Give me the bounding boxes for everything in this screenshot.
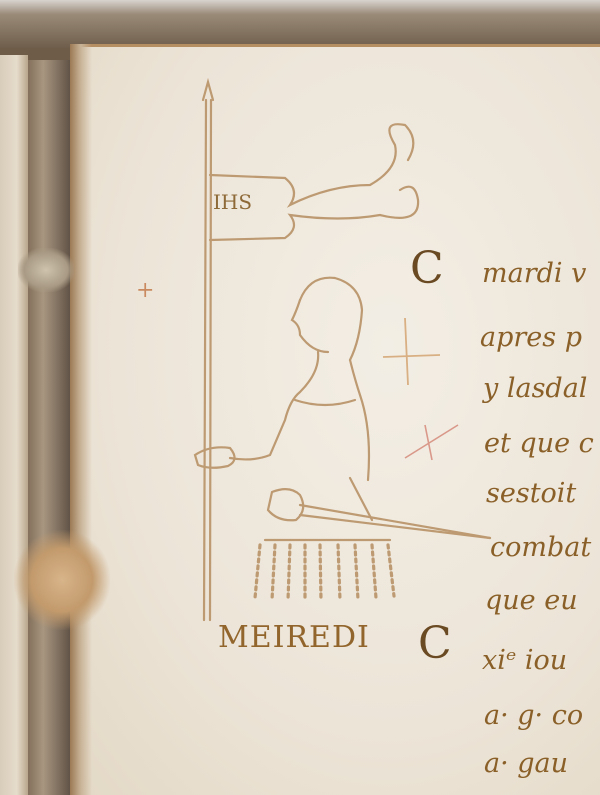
banner-text: IHS (213, 190, 252, 214)
text-line: a· g· co (484, 700, 583, 731)
text-line: que eu (485, 585, 578, 616)
initial-c-1: C (410, 243, 444, 294)
text-line: sestoit (486, 478, 576, 509)
text-line: et que c (484, 428, 594, 459)
text-line: xiᵉ iou (482, 645, 567, 676)
figure-caption: MEIREDI (218, 620, 370, 655)
text-line: a· gau (484, 748, 568, 779)
margin-cross-mark: + (136, 278, 154, 303)
initial-c-2: C (418, 618, 452, 669)
text-line: combat (490, 532, 591, 563)
text-line: apres p (480, 322, 582, 353)
text-line: mardi v (482, 258, 586, 289)
text-line: y lasdal (483, 373, 587, 404)
